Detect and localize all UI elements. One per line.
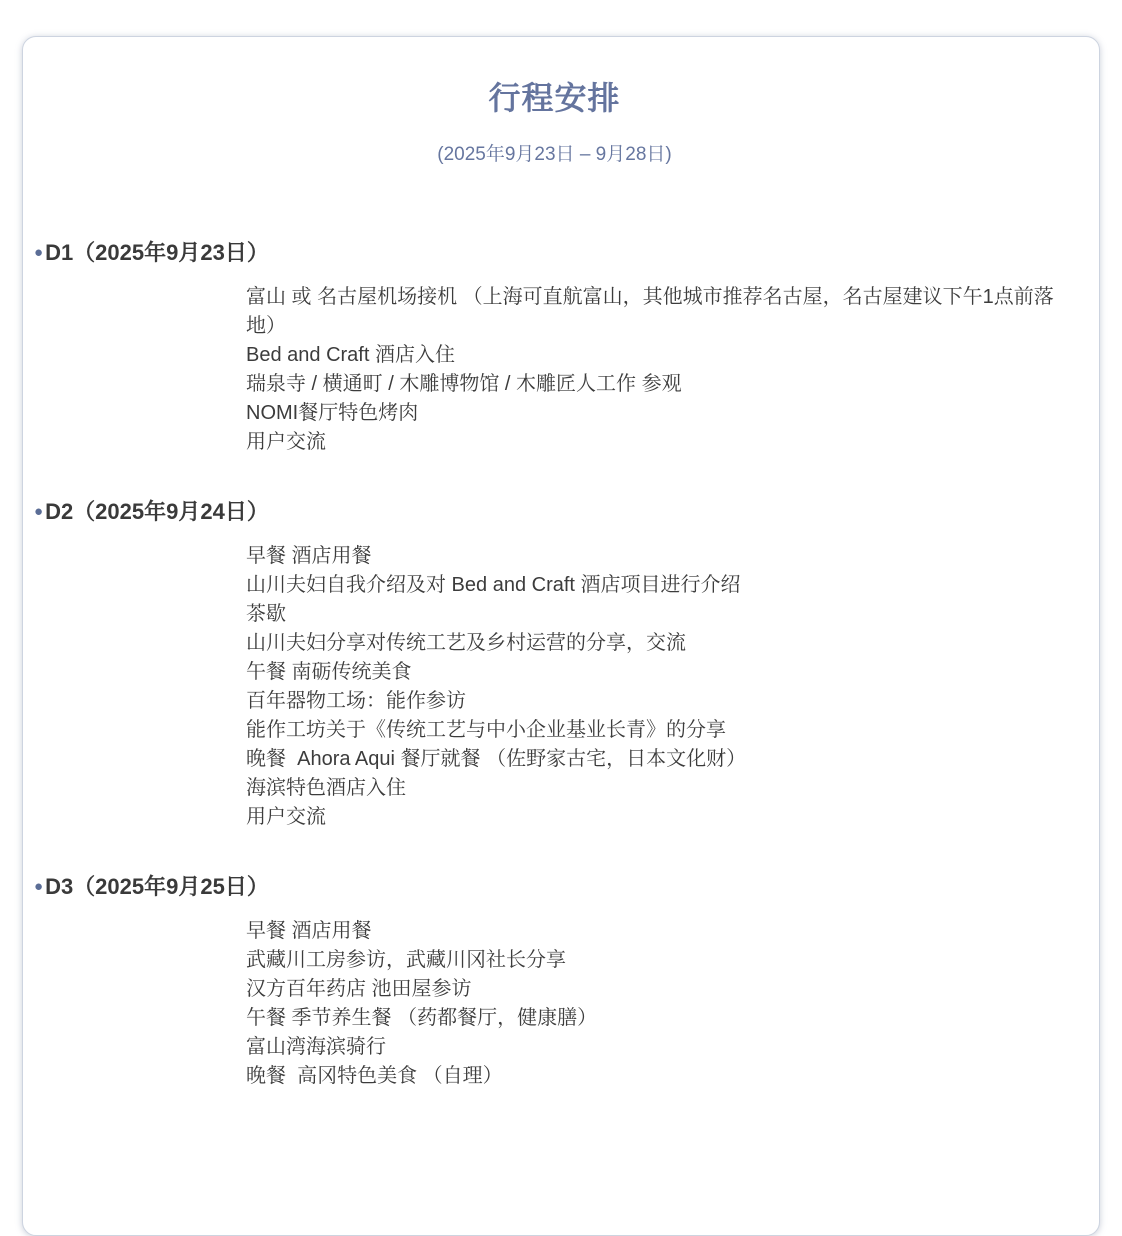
itinerary-item: 山川夫妇分享对传统工艺及乡村运营的分享，交流 xyxy=(246,629,1066,658)
itinerary-item: 富山 或 名古屋机场接机 （上海可直航富山，其他城市推荐名古屋，名古屋建议下午1… xyxy=(246,283,1066,341)
day-label: D3（2025年9月25日） xyxy=(45,872,269,902)
day-items: 早餐 酒店用餐武藏川工房参访，武藏川冈社长分享汉方百年药店 池田屋参访午餐 季节… xyxy=(246,917,1066,1084)
itinerary-item: 茶歇 xyxy=(246,600,1066,629)
itinerary-item: 汉方百年药店 池田屋参访 xyxy=(246,975,1066,1004)
itinerary-item: 早餐 酒店用餐 xyxy=(246,542,1066,571)
day-items: 富山 或 名古屋机场接机 （上海可直航富山，其他城市推荐名古屋，名古屋建议下午1… xyxy=(246,283,1066,457)
day-label: D1（2025年9月23日） xyxy=(45,238,269,268)
itinerary-item: 百年器物工场：能作参访 xyxy=(246,687,1066,716)
itinerary-item: 海滨特色酒店入住 xyxy=(246,774,1066,803)
itinerary-item: NOMI餐厅特色烤肉 xyxy=(246,399,1066,428)
bullet-icon: ● xyxy=(34,238,43,268)
day-heading: ● D2（2025年9月24日） xyxy=(34,497,1075,527)
itinerary-item: 瑞泉寺 / 横通町 / 木雕博物馆 / 木雕匠人工作 参观 xyxy=(246,370,1066,399)
days: ● D1（2025年9月23日） 富山 或 名古屋机场接机 （上海可直航富山，其… xyxy=(34,238,1075,1084)
day-section: ● D1（2025年9月23日） 富山 或 名古屋机场接机 （上海可直航富山，其… xyxy=(34,238,1075,457)
page-title: 行程安排 xyxy=(34,77,1075,119)
day-heading: ● D1（2025年9月23日） xyxy=(34,238,1075,268)
day-section: ● D2（2025年9月24日） 早餐 酒店用餐山川夫妇自我介绍及对 Bed a… xyxy=(34,497,1075,832)
bullet-icon: ● xyxy=(34,872,43,902)
date-range-subtitle: (2025年9月23日 – 9月28日) xyxy=(34,141,1075,168)
itinerary-item: 富山湾海滨骑行 xyxy=(246,1033,1066,1062)
day-section: ● D3（2025年9月25日） 早餐 酒店用餐武藏川工房参访，武藏川冈社长分享… xyxy=(34,872,1075,1084)
itinerary-card: 行程安排 (2025年9月23日 – 9月28日) ● D1（2025年9月23… xyxy=(22,36,1100,1084)
itinerary-item: 晚餐 高冈特色美食 （自理） xyxy=(246,1062,1066,1084)
day-label: D2（2025年9月24日） xyxy=(45,497,269,527)
itinerary-item: 能作工坊关于《传统工艺与中小企业基业长青》的分享 xyxy=(246,716,1066,745)
day-items: 早餐 酒店用餐山川夫妇自我介绍及对 Bed and Craft 酒店项目进行介绍… xyxy=(246,542,1066,832)
itinerary-item: 武藏川工房参访，武藏川冈社长分享 xyxy=(246,946,1066,975)
itinerary-item: 山川夫妇自我介绍及对 Bed and Craft 酒店项目进行介绍 xyxy=(246,571,1066,600)
bullet-icon: ● xyxy=(34,497,43,527)
itinerary-item: 用户交流 xyxy=(246,803,1066,832)
itinerary-item: 用户交流 xyxy=(246,428,1066,457)
itinerary-item: 午餐 南砺传统美食 xyxy=(246,658,1066,687)
itinerary-item: 午餐 季节养生餐 （药都餐厅，健康膳） xyxy=(246,1004,1066,1033)
day-heading: ● D3（2025年9月25日） xyxy=(34,872,1075,902)
itinerary-item: 晚餐 Ahora Aqui 餐厅就餐 （佐野家古宅，日本文化财） xyxy=(246,745,1066,774)
itinerary-item: 早餐 酒店用餐 xyxy=(246,917,1066,946)
itinerary-item: Bed and Craft 酒店入住 xyxy=(246,341,1066,370)
